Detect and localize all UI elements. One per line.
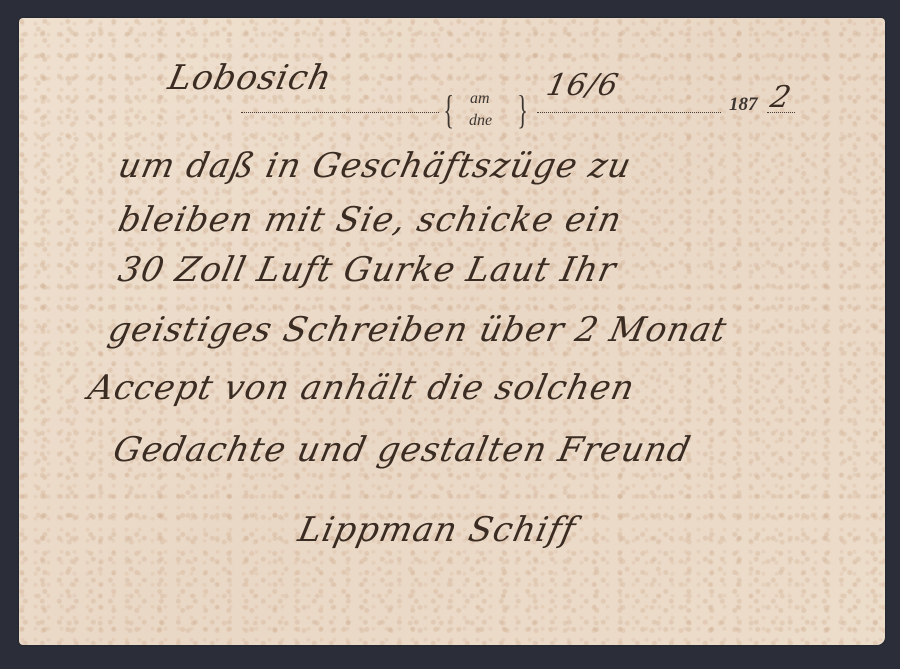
year-handwritten: 2 — [767, 80, 795, 115]
preposition-dne: dne — [469, 112, 492, 130]
body-line-1: um daß in Geschäftszüge zu — [115, 146, 636, 186]
year-dotted-line — [767, 112, 795, 113]
postcard: Lobosich { am dne } 16/6 187 2 um daß in… — [19, 18, 885, 645]
body-line-2: bleiben mit Sie, schicke ein — [115, 200, 626, 240]
left-brace-icon: { — [443, 90, 454, 130]
body-line-4: geistiges Schreiben über 2 Monat — [105, 310, 731, 350]
date-handwritten: 16/6 — [543, 68, 622, 103]
preposition-am: am — [470, 90, 490, 108]
date-dotted-line — [537, 112, 721, 113]
place-dotted-line — [241, 112, 439, 113]
year-printed: 187 — [729, 94, 758, 116]
body-line-3: 30 Zoll Luft Gurke Laut Ihr — [115, 250, 620, 290]
body-line-6: Gedachte und gestalten Freund — [110, 430, 695, 470]
right-brace-icon: } — [517, 90, 528, 130]
body-line-5: Accept von anhält die solchen — [85, 368, 639, 408]
place-handwritten: Lobosich — [165, 58, 336, 98]
signature: Lippman Schiff — [295, 510, 580, 550]
